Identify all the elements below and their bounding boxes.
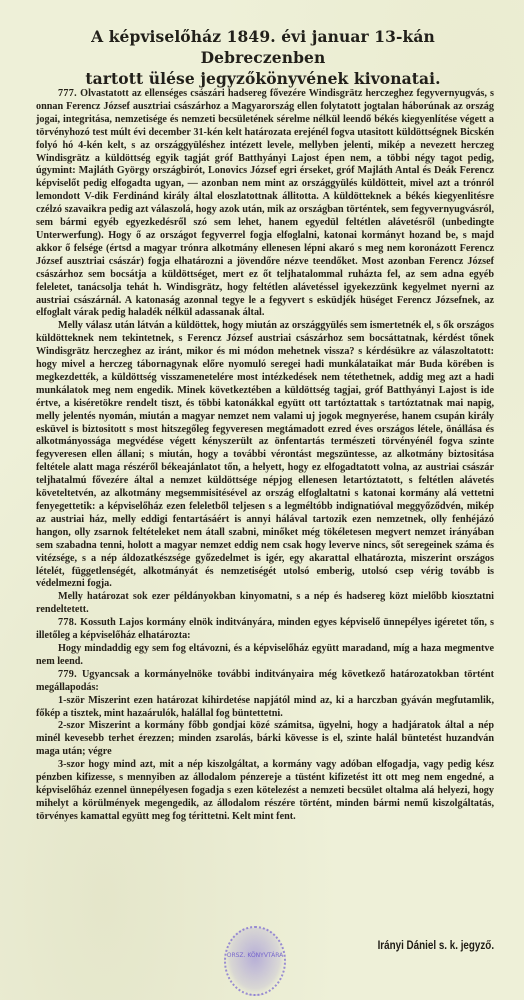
paragraph-778: 778. Kossuth Lajos kormány elnök inditvá… <box>36 617 494 643</box>
title-line-2: tartott ülése jegyzőkönyvének kivonatai. <box>30 68 496 89</box>
library-stamp-icon: ORSZ. KÖNYVTÁRA <box>224 926 286 996</box>
title-line-1: A képviselőház 1849. évi januar 13-kán D… <box>30 26 496 68</box>
paragraph-number: 777. <box>58 88 77 99</box>
paragraph-response: Melly válasz után látván a küldöttek, ho… <box>36 320 494 591</box>
paragraph-first: 1-ször Miszerint ezen határozat kihirdet… <box>36 695 494 721</box>
signature: Irányi Dániel s. k. jegyző. <box>378 938 494 952</box>
paragraph-resolution: Hogy mindaddig egy sem fog eltávozni, és… <box>36 643 494 669</box>
paragraph-number: 779. <box>58 669 77 680</box>
paragraph-text: Melly válasz után látván a küldöttek, ho… <box>36 320 494 589</box>
paragraph-text: 1-ször Miszerint ezen határozat kihirdet… <box>36 695 494 719</box>
document-body: 777. Olvastatott az ellenséges császári … <box>36 88 494 824</box>
paragraph-print-order: Melly határozat sok ezer példányokban ki… <box>36 591 494 617</box>
document-page: A képviselőház 1849. évi januar 13-kán D… <box>0 0 524 1000</box>
paragraph-text: 2-szor Miszerint a kormány főbb gondjai … <box>36 720 494 757</box>
paragraph-number: 778. <box>58 617 77 628</box>
paragraph-text: Melly határozat sok ezer példányokban ki… <box>36 591 494 615</box>
stamp-text: ORSZ. KÖNYVTÁRA <box>226 952 284 959</box>
paragraph-third: 3-szor hogy mind azt, mit a nép kiszolgá… <box>36 759 494 824</box>
paragraph-second: 2-szor Miszerint a kormány főbb gondjai … <box>36 720 494 759</box>
document-title: A képviselőház 1849. évi januar 13-kán D… <box>30 26 496 89</box>
paragraph-text: 3-szor hogy mind azt, mit a nép kiszolgá… <box>36 759 494 822</box>
paragraph-text: Kossuth Lajos kormány elnök inditványára… <box>36 617 494 641</box>
paragraph-text: Ugyancsak a kormányelnöke további inditv… <box>36 669 494 693</box>
paragraph-text: Olvastatott az ellenséges császári hadse… <box>36 88 494 318</box>
paragraph-779: 779. Ugyancsak a kormányelnöke további i… <box>36 669 494 695</box>
paragraph-777: 777. Olvastatott az ellenséges császári … <box>36 88 494 320</box>
paragraph-text: Hogy mindaddig egy sem fog eltávozni, és… <box>36 643 494 667</box>
